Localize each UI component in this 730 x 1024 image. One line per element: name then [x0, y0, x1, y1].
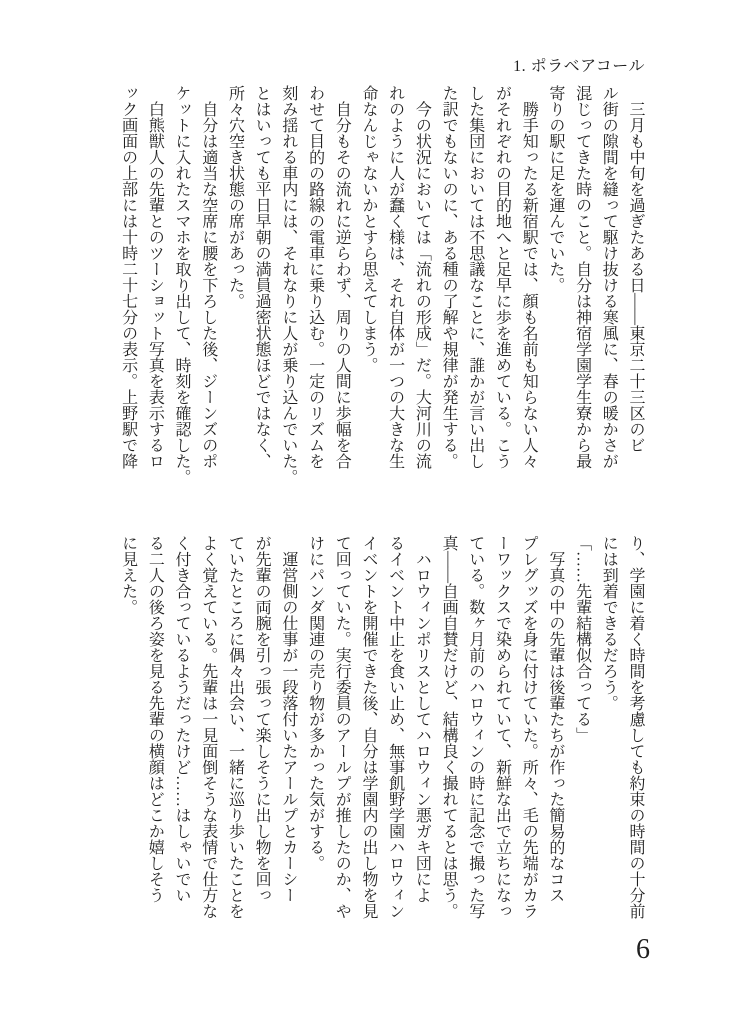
text-line: よく覚えている。先輩は一見面倒そうな表情で仕方な — [194, 535, 221, 925]
text-line: 混じってきた時のこと。自分は神宿学園学生寮から最 — [568, 85, 595, 475]
text-line: 寄りの駅に足を運んでいた。 — [541, 85, 568, 475]
text-line: 自分は適当な空席に腰を下ろした後、ジーンズのポ — [194, 85, 221, 475]
text-line: 命なんじゃないかとすら思えてしまう。 — [354, 85, 381, 475]
text-line: て回っていた。実行委員のアールプが推したのか、や — [328, 535, 355, 925]
text-line: 刻み揺れる車内には、それなりに人が乗り込んでいた。 — [274, 85, 301, 475]
text-line: 三月も中旬を過ぎたある日――東京二十三区のビ — [621, 85, 648, 475]
book-page: 1. ポラベアコール 三月も中旬を過ぎたある日――東京二十三区のビ ル街の隙間を… — [0, 0, 730, 1024]
text-line: 勝手知ったる新宿駅では、顔も名前も知らない人々 — [514, 85, 541, 475]
text-line: わせて目的の路線の電車に乗り込む。一定のリズムを — [301, 85, 328, 475]
text-line: がそれぞれの目的地へと足早に歩を進めている。こう — [488, 85, 515, 475]
text-line: ケットに入れたスマホを取り出して、時刻を確認した。 — [167, 85, 194, 475]
text-line: るイベント中止を食い止め、無事飢野学園ハロウィン — [381, 535, 408, 925]
text-line: 今の状況においては「流れの形成」だ。大河川の流 — [408, 85, 435, 475]
text-line: ていたところに偶々出会い、一緒に巡り歩いたことを — [221, 535, 248, 925]
text-line: る二人の後ろ姿を見る先輩の横顔はどこか嬉しそう — [141, 535, 168, 925]
text-line: 所々穴空き状態の席があった。 — [221, 85, 248, 475]
text-line: には到着できるだろう。 — [595, 535, 622, 925]
text-line: した集団においては不思議なことに、誰かが言い出し — [461, 85, 488, 475]
text-line: 白熊獣人の先輩とのツーショット写真を表示するロ — [141, 85, 168, 475]
lower-text-block: り、学園に着く時間を考慮しても約束の時間の十分前 には到着できるだろう。 「……… — [114, 535, 648, 925]
text-line: 運営側の仕事が一段落付いたアールプとカーシー — [274, 535, 301, 925]
text-line: 写真の中の先輩は後輩たちが作った簡易的なコス — [541, 535, 568, 925]
text-line: イベントを開催できた後、自分は学園内の出し物を見 — [354, 535, 381, 925]
page-number: 6 — [636, 936, 650, 964]
text-line: ーワックスで染められていて、新鮮な出で立ちになっ — [488, 535, 515, 925]
text-line: 真――自画自賛だけど、結構良く撮れてるとは思う。 — [434, 535, 461, 925]
text-line: に見えた。 — [114, 535, 141, 925]
text-line: く付き合っているようだったけど……はしゃいでい — [167, 535, 194, 925]
text-line: プレグッズを身に付けていた。所々、毛の先端がカラ — [514, 535, 541, 925]
text-line: とはいっても平日早朝の満員過密状態ほどではなく、 — [247, 85, 274, 475]
text-line: た訳でもないのに、ある種の了解や規律が発生する。 — [434, 85, 461, 475]
upper-text-block: 三月も中旬を過ぎたある日――東京二十三区のビ ル街の隙間を縫って駆け抜ける寒風に… — [114, 85, 648, 475]
text-line: り、学園に着く時間を考慮しても約束の時間の十分前 — [621, 535, 648, 925]
text-line: ック画面の上部には十時二十七分の表示。上野駅で降 — [114, 85, 141, 475]
text-line: 「……先輩結構似合ってる」 — [568, 535, 595, 925]
text-line: ル街の隙間を縫って駆け抜ける寒風に、春の暖かさが — [595, 85, 622, 475]
text-line: が先輩の両腕を引っ張って楽しそうに出し物を回っ — [247, 535, 274, 925]
text-line: れのように人が蠢く様は、それ自体が一つの大きな生 — [381, 85, 408, 475]
chapter-heading: 1. ポラベアコール — [513, 53, 645, 76]
text-line: ハロウィンポリスとしてハロウィン悪ガキ団によ — [408, 535, 435, 925]
text-line: けにパンダ関連の売り物が多かった気がする。 — [301, 535, 328, 925]
text-line: 自分もその流れに逆らわず、周りの人間に歩幅を合 — [328, 85, 355, 475]
text-line: ている。数ヶ月前のハロウィンの時に記念で撮った写 — [461, 535, 488, 925]
